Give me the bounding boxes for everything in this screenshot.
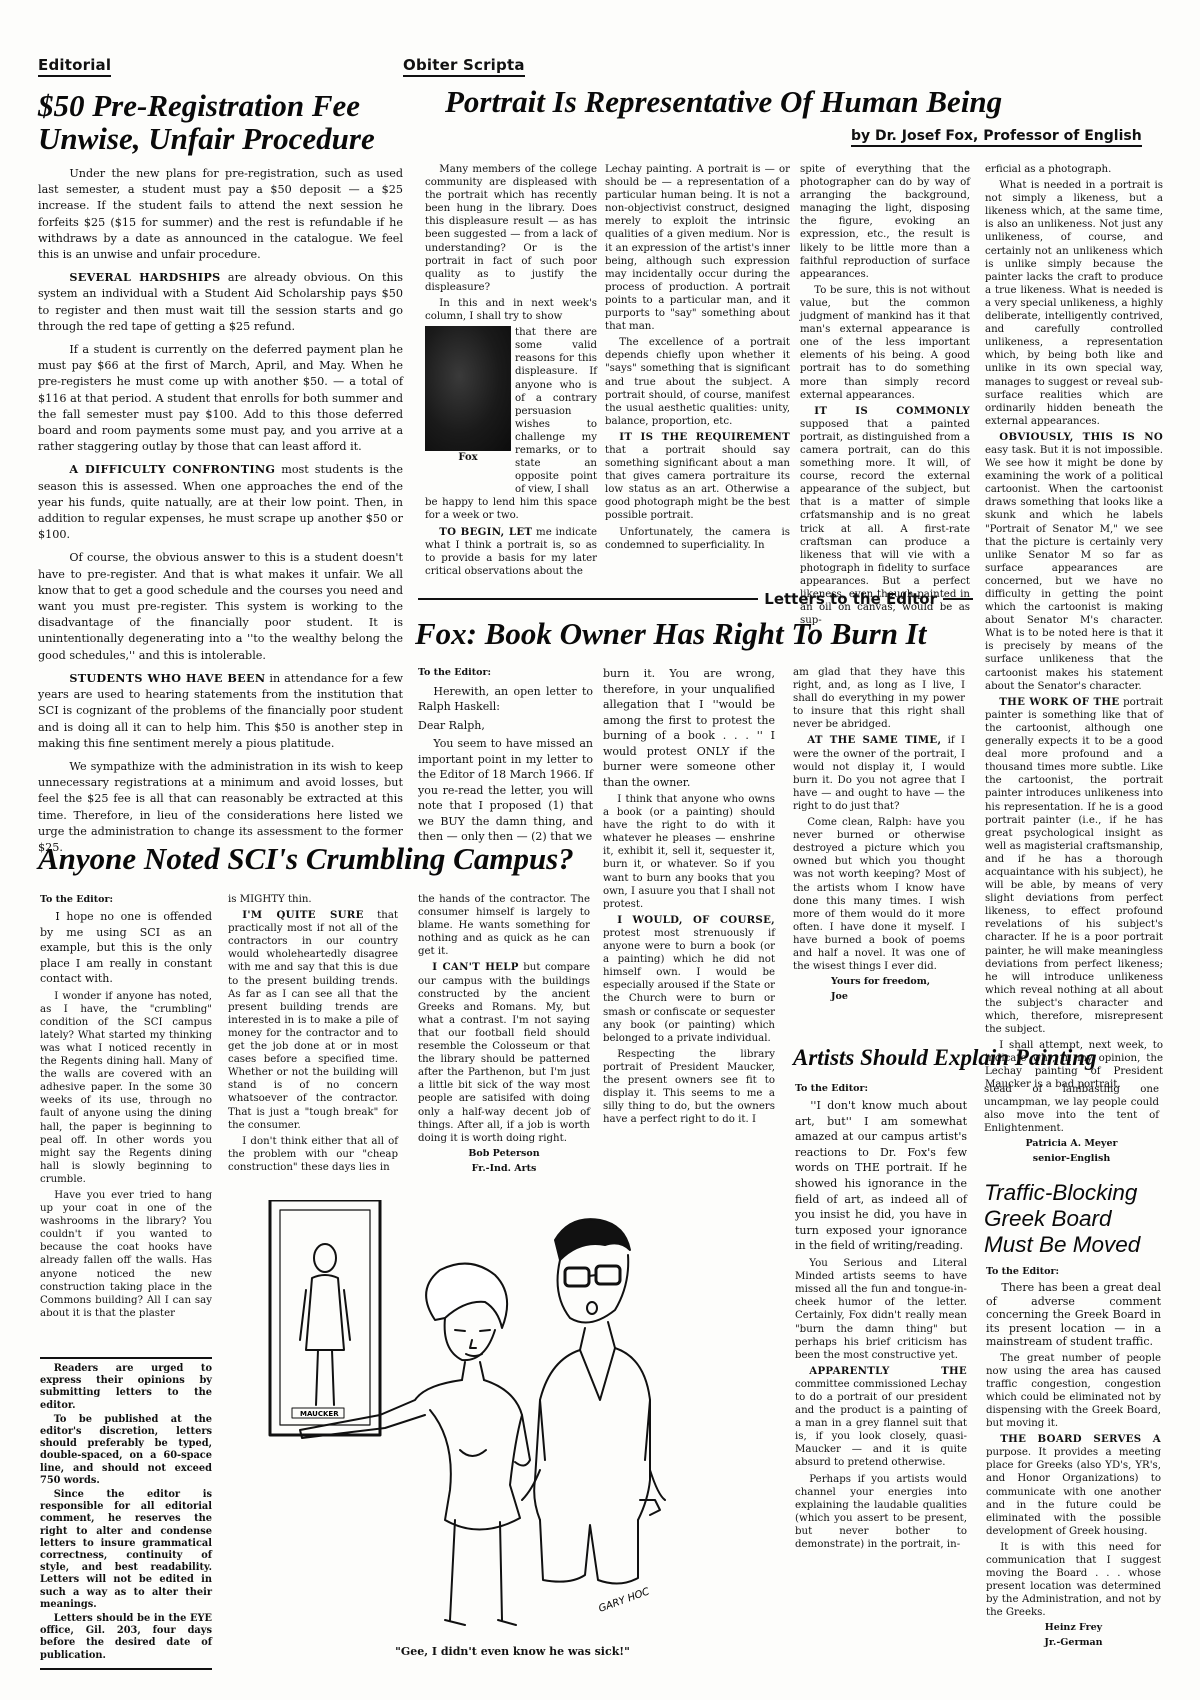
artist-signature: GARY HOC [597, 1586, 651, 1615]
obiter-paragraph: THE WORK OF THE portrait painter is some… [985, 696, 1163, 1036]
signature-name: Heinz Frey [986, 1622, 1161, 1634]
campus-letter-headline: Anyone Noted SCI's Crumbling Campus? [38, 843, 608, 876]
salutation: To the Editor: [40, 893, 212, 906]
letter-paragraph: I wonder if anyone has noted, as I have,… [40, 990, 212, 1186]
obiter-column-3: spite of everything that the photographe… [800, 163, 970, 630]
letter-paragraph: am glad that they have this right, and, … [793, 666, 965, 731]
cartoon-drawing: MAUCKER GARY HOC [240, 1200, 785, 1640]
letter-paragraph: Have you ever tried to hang up your coat… [40, 1189, 212, 1320]
signature-title: senior-English [984, 1153, 1159, 1165]
obiter-byline: by Dr. Josef Fox, Professor of English [851, 128, 1142, 147]
obiter-wrap-text: that there are some valid reasons for th… [515, 326, 597, 496]
campus-letter-column-3: the hands of the contractor. The consume… [418, 893, 590, 1178]
editorial-paragraph: STUDENTS WHO HAVE BEEN in attendance for… [38, 670, 403, 752]
letter-paragraph: Respecting the library portrait of Presi… [603, 1048, 775, 1127]
artists-letter-column-2: stead of lambasting one uncampman, we la… [984, 1083, 1159, 1168]
signature-name: Bob Peterson [418, 1148, 590, 1160]
letter-paragraph: THE BOARD SERVES A purpose. It provides … [986, 1433, 1161, 1538]
banner-rule-left [418, 598, 758, 600]
notice-paragraph: To be published at the editor's discreti… [40, 1414, 212, 1487]
fox-letter-headline: Fox: Book Owner Has Right To Burn It [415, 618, 975, 651]
obiter-column-1: Many members of the college community ar… [425, 163, 597, 581]
letter-paragraph: Herewith, an open letter to Ralph Haskel… [418, 684, 593, 715]
editorial-headline-line1: $50 Pre-Registration Fee [38, 90, 408, 123]
greek-headline-line2: Greek Board [984, 1206, 1164, 1232]
frame-label: MAUCKER [300, 1410, 339, 1418]
obiter-column-4: erficial as a photograph. What is needed… [985, 163, 1163, 1095]
campus-letter-column-1: To the Editor: I hope no one is offended… [40, 893, 212, 1323]
letter-paragraph: stead of lambasting one uncampman, we la… [984, 1083, 1159, 1135]
greek-headline-line3: Must Be Moved [984, 1232, 1164, 1258]
letter-paragraph: You Serious and Literal Minded artists s… [795, 1257, 967, 1362]
obiter-paragraph: Lechay painting. A portrait is — or shou… [605, 163, 790, 333]
fox-letter-column-2: burn it. You are wrong, therefore, in yo… [603, 666, 775, 1129]
banner-rule-right [943, 598, 973, 600]
letter-paragraph: is MIGHTY thin. [228, 893, 398, 906]
letter-paragraph: burn it. You are wrong, therefore, in yo… [603, 666, 775, 790]
section-label-obiter-scripta: Obiter Scripta [403, 56, 525, 77]
letter-paragraph: Perhaps if you artists would channel you… [795, 1473, 967, 1552]
editorial-paragraph: If a student is currently on the deferre… [38, 341, 403, 455]
letter-paragraph: The great number of people now using the… [986, 1352, 1161, 1431]
obiter-paragraph: be happy to lend him this space for a we… [425, 496, 597, 522]
editorial-paragraph: Of course, the obvious answer to this is… [38, 549, 403, 663]
signature-title: Jr.-German [986, 1637, 1161, 1649]
editorial-paragraph: A DIFFICULTY CONFRONTING most students i… [38, 461, 403, 543]
letter-paragraph: Dear Ralph, [418, 718, 593, 734]
letter-paragraph: You seem to have missed an important poi… [418, 736, 593, 845]
editorial-paragraph: Under the new plans for pre-registration… [38, 165, 403, 263]
notice-paragraph: Since the editor is responsible for all … [40, 1489, 212, 1611]
fox-letter-column-3: am glad that they have this right, and, … [793, 666, 965, 1006]
editorial-body: Under the new plans for pre-registration… [38, 165, 403, 862]
obiter-paragraph: erficial as a photograph. [985, 163, 1163, 176]
fox-letter-column-1: To the Editor: Herewith, an open letter … [418, 665, 593, 848]
salutation: To the Editor: [418, 665, 593, 681]
obiter-paragraph: spite of everything that the photographe… [800, 163, 970, 281]
letter-paragraph: AT THE SAME TIME, if I were the owner of… [793, 734, 965, 813]
signature-name: Patricia A. Meyer [984, 1138, 1159, 1150]
obiter-column-2: Lechay painting. A portrait is — or shou… [605, 163, 790, 555]
signature: Joe [793, 991, 965, 1003]
letter-paragraph: I WOULD, OF COURSE, protest most strenuo… [603, 914, 775, 1045]
greek-letter-column: To the Editor: There has been a great de… [986, 1265, 1161, 1652]
notice-paragraph: Readers are urged to express their opini… [40, 1363, 212, 1412]
letter-paragraph: the hands of the contractor. The consume… [418, 893, 590, 958]
section-label-editorial: Editorial [38, 56, 111, 77]
letter-paragraph: ''I don't know much about art, but'' I a… [795, 1098, 967, 1254]
editorial-headline-line2: Unwise, Unfair Procedure [38, 123, 408, 156]
letter-paragraph: I hope no one is offended by me using SC… [40, 909, 212, 987]
signoff: Yours for freedom, [793, 976, 965, 988]
letter-paragraph: I think that anyone who owns a book (or … [603, 793, 775, 911]
letter-paragraph: It is with this need for communication t… [986, 1541, 1161, 1620]
obiter-paragraph: Unfortunately, the camera is condemned t… [605, 526, 790, 552]
letters-to-editor-banner: Letters to the Editor [418, 590, 973, 608]
artists-letter-headline: Artists Should Explain Painting [793, 1046, 1173, 1070]
letter-paragraph: APPARENTLY THE committee commissioned Le… [795, 1365, 967, 1470]
editorial-cartoon: MAUCKER GARY HOC [240, 1200, 785, 1640]
obiter-headline: Portrait Is Representative Of Human Bein… [445, 86, 1165, 119]
obiter-paragraph: Many members of the college community ar… [425, 163, 597, 294]
obiter-paragraph: IT IS THE REQUIREMENT that a portrait sh… [605, 431, 790, 523]
letter-paragraph: I don't think either that all of the pro… [228, 1135, 398, 1174]
signature-title: Fr.-Ind. Arts [418, 1163, 590, 1175]
letter-paragraph: I CAN'T HELP but compare our campus with… [418, 961, 590, 1144]
letter-paragraph: There has been a great deal of adverse c… [986, 1281, 1161, 1349]
notice-paragraph: Letters should be in the EYE office, Gil… [40, 1613, 212, 1662]
author-photo [425, 326, 511, 451]
artists-letter-column-1: To the Editor: ''I don't know much about… [795, 1082, 967, 1554]
letter-paragraph: I'M QUITE SURE that practically most if … [228, 909, 398, 1132]
author-photo-caption: Fox [425, 451, 511, 464]
cartoon-caption: "Gee, I didn't even know he was sick!" [240, 1645, 785, 1658]
obiter-paragraph: In this and in next week's column, I sha… [425, 297, 597, 323]
greek-headline-line1: Traffic-Blocking [984, 1180, 1164, 1206]
letters-banner-label: Letters to the Editor [764, 590, 937, 608]
salutation: To the Editor: [986, 1265, 1161, 1278]
salutation: To the Editor: [795, 1082, 967, 1095]
obiter-paragraph: OBVIOUSLY, THIS IS NO easy task. But it … [985, 431, 1163, 693]
letter-paragraph: Come clean, Ralph: have you never burned… [793, 816, 965, 973]
obiter-paragraph: TO BEGIN, LET me indicate what I think a… [425, 526, 597, 578]
letters-policy-notice: Readers are urged to express their opini… [40, 1357, 212, 1670]
editorial-headline: $50 Pre-Registration Fee Unwise, Unfair … [38, 90, 408, 155]
obiter-paragraph: To be sure, this is not without value, b… [800, 284, 970, 402]
obiter-paragraph: What is needed in a portrait is not simp… [985, 179, 1163, 428]
editorial-paragraph: SEVERAL HARDSHIPS are already obvious. O… [38, 269, 403, 335]
campus-letter-column-2: is MIGHTY thin. I'M QUITE SURE that prac… [228, 893, 398, 1177]
obiter-paragraph: The excellence of a portrait depends chi… [605, 336, 790, 428]
greek-letter-headline: Traffic-Blocking Greek Board Must Be Mov… [984, 1180, 1164, 1258]
